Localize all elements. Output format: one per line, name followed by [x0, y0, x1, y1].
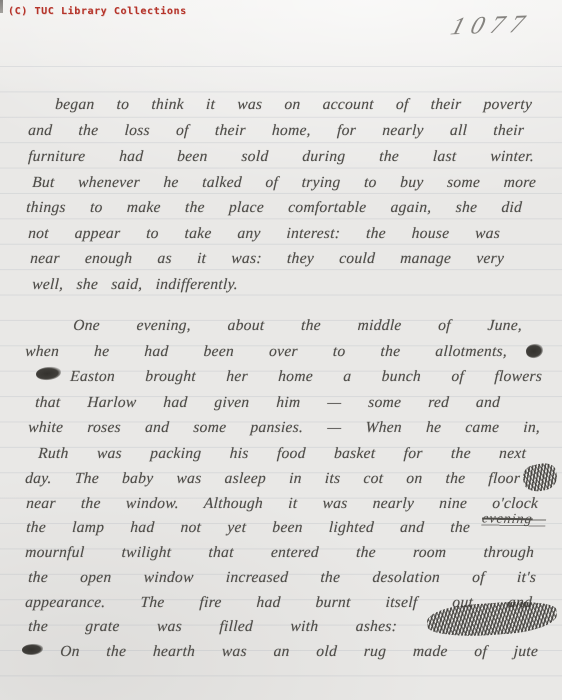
struck-out-word: evening — [481, 511, 547, 528]
scribbled-out-text — [521, 461, 560, 494]
manuscript-line: day. The baby was asleep in its cot on t… — [24, 470, 520, 494]
manuscript-line: mournful twilight that entered the room … — [24, 544, 534, 568]
manuscript-line: Easton brought her home a bunch of flowe… — [69, 368, 542, 392]
manuscript-line: But whenever he talked of trying to buy … — [31, 174, 536, 198]
manuscript-line: white roses and some pansies. — When he … — [27, 419, 540, 443]
manuscript-line: not appear to take any interest: the hou… — [27, 225, 500, 249]
manuscript-line: began to think it was on account of thei… — [54, 96, 532, 120]
manuscript-line: On the hearth was an old rug made of jut… — [59, 643, 538, 667]
ink-blot — [525, 343, 544, 359]
manuscript-line: the grate was filled with ashes: — [27, 618, 397, 642]
manuscript-line: near the window. Although it was nearly … — [25, 495, 538, 519]
ink-blot — [22, 643, 44, 655]
manuscript-page: (C) TUC Library Collections 1077 began t… — [0, 0, 562, 700]
manuscript-line: One evening, about the middle of June, — [72, 317, 522, 341]
manuscript-line: and the loss of their home, for nearly a… — [27, 122, 524, 146]
manuscript-line: furniture had been sold during the last … — [27, 148, 534, 172]
ink-blot — [36, 366, 62, 381]
manuscript-line: Ruth was packing his food basket for the… — [37, 445, 526, 469]
page-number: 1077 — [448, 11, 535, 42]
manuscript-line: well, she said, indifferently. — [31, 276, 238, 300]
copyright-watermark: (C) TUC Library Collections — [8, 6, 187, 17]
manuscript-line: that Harlow had given him — some red and — [34, 394, 500, 418]
manuscript-line: near enough as it was: they could manage… — [29, 250, 504, 274]
manuscript-line: things to make the place comfortable aga… — [25, 199, 522, 223]
manuscript-line: when he had been over to the allotments, — [24, 343, 507, 367]
scan-edge-mark — [0, 0, 3, 13]
manuscript-line: the lamp had not yet been lighted and th… — [25, 519, 470, 543]
manuscript-line: the open window increased the desolation… — [27, 569, 536, 593]
